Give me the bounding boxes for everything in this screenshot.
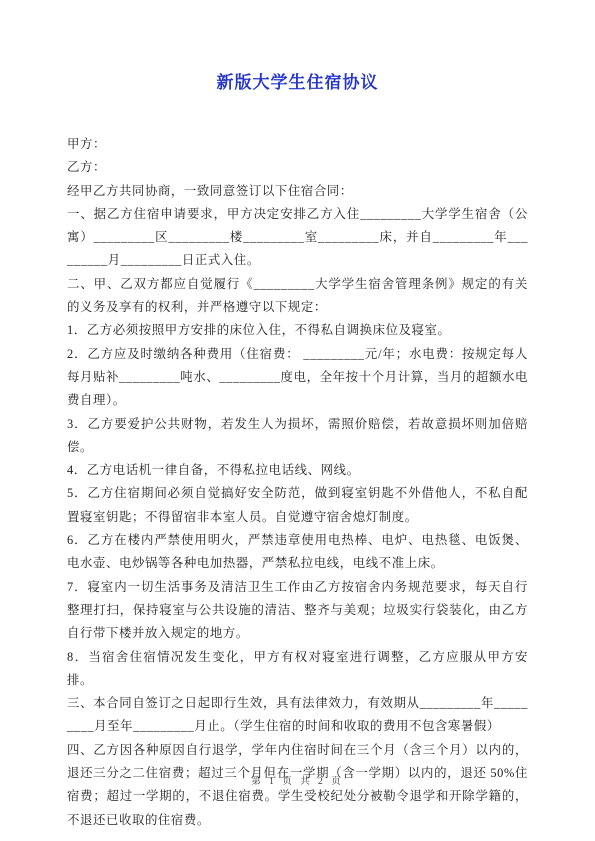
clause-section-1: 一、据乙方住宿申请要求，甲方决定安排乙方入住_________大学学生宿舍（公寓… <box>67 203 528 273</box>
clause-rule-1: 1．乙方必须按照甲方安排的床位入住，不得私自调换床位及寝室。 <box>67 319 528 342</box>
clause-section-2: 二、甲、乙双方都应自觉履行《_________大学学生宿舍管理条例》规定的有关的… <box>67 273 528 320</box>
clause-rule-4: 4．乙方电话机一律自备，不得私拉电话线、网线。 <box>67 459 528 482</box>
clause-rule-8: 8．当宿舍住宿情况发生变化，甲方有权对寝室进行调整，乙方应服从甲方安排。 <box>67 646 528 693</box>
document-page: 新版大学生住宿协议 甲方： 乙方： 经甲乙方共同协商，一致同意签订以下住宿合同：… <box>0 0 595 841</box>
clause-rule-7: 7．寝室内一切生活事务及清洁卫生工作由乙方按宿舍内务规范要求，每天自行整理打扫，… <box>67 576 528 646</box>
document-body: 甲方： 乙方： 经甲乙方共同协商，一致同意签订以下住宿合同： 一、据乙方住宿申请… <box>67 133 528 832</box>
party-b-line: 乙方： <box>67 156 528 179</box>
party-a-line: 甲方： <box>67 133 528 156</box>
document-title: 新版大学生住宿协议 <box>0 68 595 93</box>
clause-rule-2: 2．乙方应及时缴纳各种费用（住宿费： _________元/年；水电费：按规定每… <box>67 343 528 413</box>
clause-rule-3: 3．乙方要爱护公共财物，若发生人为损坏，需照价赔偿，若故意损坏则加倍赔偿。 <box>67 413 528 460</box>
clause-section-3: 三、本合同自签订之日起即行生效，具有法律效力，有效期从_________年___… <box>67 692 528 739</box>
clause-rule-5: 5．乙方住宿期间必须自觉搞好安全防范，做到寝室钥匙不外借他人，不私自配置寝室钥匙… <box>67 482 528 529</box>
page-number: 第 1 页 共 2 页 <box>0 773 595 787</box>
intro-line: 经甲乙方共同协商，一致同意签订以下住宿合同： <box>67 180 528 203</box>
clause-rule-6: 6．乙方在楼内严禁使用明火，严禁违章使用电热棒、电炉、电热毯、电饭煲、电水壶、电… <box>67 529 528 576</box>
